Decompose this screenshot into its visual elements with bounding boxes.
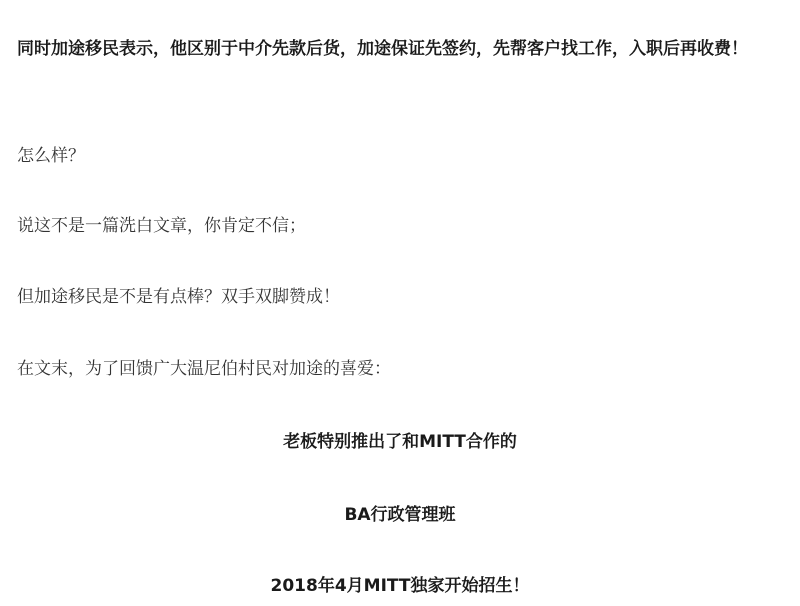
paragraph-not-whitewash: 说这不是一篇洗白文章，你肯定不信； [17,211,306,242]
highlight-mitt-partnership: 老板特别推出了和MITT合作的 [0,427,800,458]
paragraph-how-about-it: 怎么样？ [17,141,85,172]
highlight-ba-course: BA行政管理班 [0,500,800,531]
paragraph-approval: 但加途移民是不是有点棒？双手双脚赞成！ [17,282,340,313]
article-body: 同时加途移民表示，他区别于中介先款后货，加途保证先签约，先帮客户找工作，入职后再… [0,0,800,606]
paragraph-no-upfront-fee: 同时加途移民表示，他区别于中介先款后货，加途保证先签约，先帮客户找工作，入职后再… [17,34,797,65]
highlight-enrollment-date: 2018年4月MITT独家开始招生！ [0,571,800,602]
paragraph-end-note: 在文末，为了回馈广大温尼伯村民对加途的喜爱： [17,354,391,385]
